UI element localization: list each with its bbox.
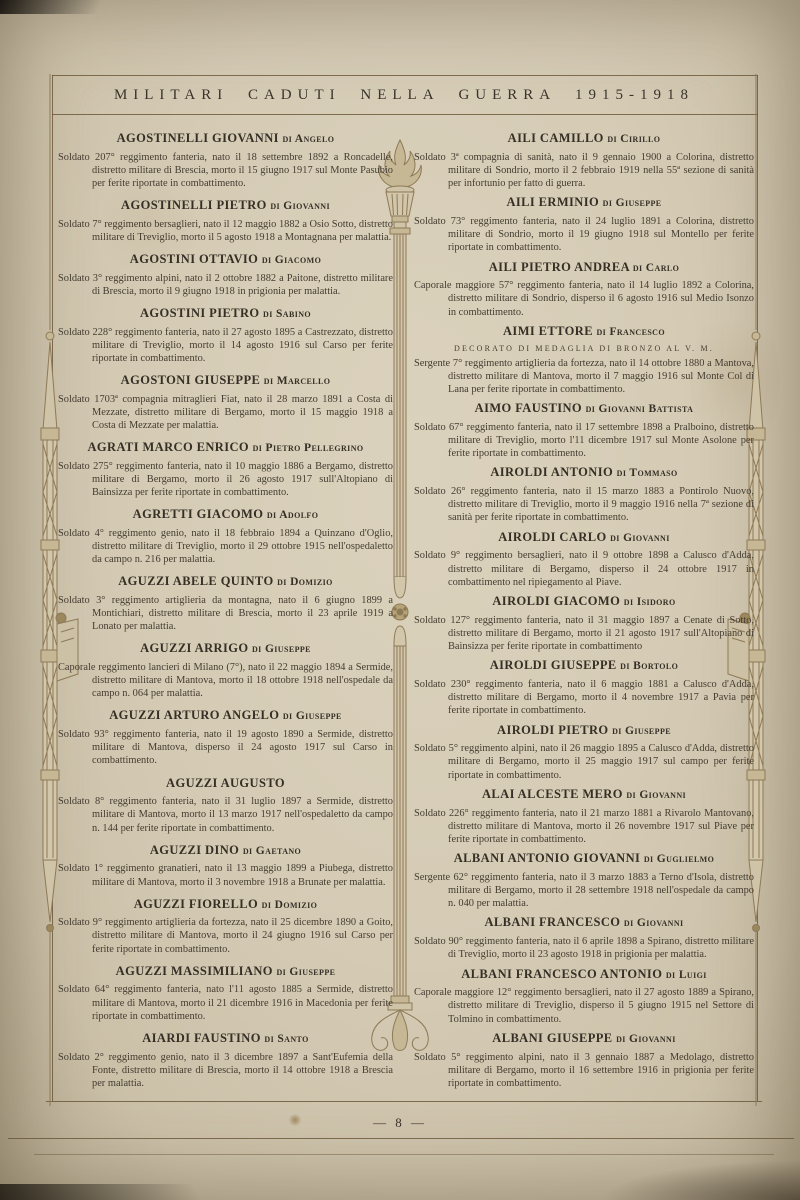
soldier-surname: ALBANI GIUSEPPE xyxy=(492,1031,612,1045)
soldier-record: Soldato 2° reggimento genio, nato il 3 d… xyxy=(58,1051,393,1090)
soldier-patronymic: di Giovanni xyxy=(610,532,670,544)
soldier-record: Soldato 90° reggimento fanteria, nato il… xyxy=(414,935,754,961)
soldier-name: AGOSTONI GIUSEPPE di Marcello xyxy=(58,374,393,388)
soldier-patronymic: di Cirillo xyxy=(607,133,660,145)
soldier-name: AIROLDI PIETRO di Giuseppe xyxy=(414,724,754,738)
soldier-entry: AGUZZI AUGUSTO Soldato 8° reggimento fan… xyxy=(58,777,393,835)
soldier-patronymic: di Luigi xyxy=(666,969,707,981)
soldier-patronymic: di Giovanni Battista xyxy=(586,403,694,415)
soldier-name: AGRATI MARCO ENRICO di Pietro Pellegrino xyxy=(58,441,393,455)
soldier-name: AGOSTINELLI GIOVANNI di Angelo xyxy=(58,132,393,146)
soldier-surname: AGRATI MARCO ENRICO xyxy=(87,440,249,454)
soldier-entry: AIROLDI CARLO di Giovanni Soldato 9° reg… xyxy=(414,531,754,589)
soldier-entry: AIMO FAUSTINO di Giovanni Battista Solda… xyxy=(414,402,754,460)
soldier-entry: AILI PIETRO ANDREA di Carlo Caporale mag… xyxy=(414,261,754,319)
soldier-record: Soldato 3° reggimento artiglieria da mon… xyxy=(58,594,393,633)
scanned-register-page: MILITARI CADUTI NELLA GUERRA 1915-1918 A… xyxy=(0,0,800,1200)
soldier-patronymic: di Sabino xyxy=(263,308,311,320)
soldier-patronymic: di Adolfo xyxy=(267,509,318,521)
soldier-surname: AGOSTINI PIETRO xyxy=(140,306,260,320)
soldier-entry: AGOSTINELLI GIOVANNI di Angelo Soldato 2… xyxy=(58,132,393,190)
frame-rule-bottom-extra xyxy=(34,1154,774,1155)
soldier-name: AGUZZI AUGUSTO xyxy=(58,777,393,791)
soldier-surname: AIMI ETTORE xyxy=(503,324,593,338)
soldier-surname: AGOSTINELLI PIETRO xyxy=(121,198,267,212)
soldier-patronymic: di Santo xyxy=(264,1033,308,1045)
soldier-record: Soldato 73° reggimento fanteria, nato il… xyxy=(414,215,754,254)
soldier-name: AGOSTINI PIETRO di Sabino xyxy=(58,307,393,321)
soldier-surname: AGUZZI AUGUSTO xyxy=(166,776,285,790)
soldier-patronymic: di Giuseppe xyxy=(283,710,342,722)
page-edge-shadow xyxy=(600,1160,800,1200)
soldier-patronymic: di Marcello xyxy=(264,375,331,387)
soldier-entry: ALAI ALCESTE MERO di Giovanni Soldato 22… xyxy=(414,788,754,846)
soldier-name: AIROLDI CARLO di Giovanni xyxy=(414,531,754,545)
page-edge-shadow xyxy=(0,1184,260,1200)
soldier-entry: AGOSTINI OTTAVIO di Giacomo Soldato 3° r… xyxy=(58,253,393,298)
soldier-name: AGUZZI MASSIMILIANO di Giuseppe xyxy=(58,965,393,979)
soldier-record: Soldato 26° reggimento fanteria, nato il… xyxy=(414,485,754,524)
frame-rule-bottom-inner xyxy=(46,1101,762,1102)
soldier-entry: AGOSTONI GIUSEPPE di Marcello Soldato 17… xyxy=(58,374,393,432)
soldier-record: Soldato 3ª compagnia di sanità, nato il … xyxy=(414,151,754,190)
soldier-surname: ALBANI FRANCESCO xyxy=(484,915,620,929)
soldier-entry: ALBANI FRANCESCO di Giovanni Soldato 90°… xyxy=(414,916,754,961)
soldier-surname: AGRETTI GIACOMO xyxy=(133,507,264,521)
soldier-record: Caporale maggiore 12° reggimento bersagl… xyxy=(414,986,754,1025)
soldier-record: Soldato 7° reggimento bersaglieri, nato … xyxy=(58,218,393,244)
soldier-name: ALBANI GIUSEPPE di Giovanni xyxy=(414,1032,754,1046)
soldier-entry: AILI ERMINIO di Giuseppe Soldato 73° reg… xyxy=(414,196,754,254)
soldier-surname: AGOSTONI GIUSEPPE xyxy=(121,373,261,387)
footer-band: — 8 — xyxy=(0,1106,800,1140)
soldier-patronymic: di Giovanni xyxy=(616,1033,676,1045)
soldier-surname: AGOSTINELLI GIOVANNI xyxy=(117,131,279,145)
soldier-record: Caporale reggimento lancieri di Milano (… xyxy=(58,661,393,700)
soldier-name: AIMI ETTORE di Francesco xyxy=(414,325,754,339)
soldier-patronymic: di Isidoro xyxy=(624,596,676,608)
soldier-entry: AIROLDI GIUSEPPE di Bortolo Soldato 230°… xyxy=(414,659,754,717)
soldier-surname: AIMO FAUSTINO xyxy=(475,401,582,415)
soldier-surname: ALBANI FRANCESCO ANTONIO xyxy=(461,967,662,981)
soldier-name: AIROLDI GIUSEPPE di Bortolo xyxy=(414,659,754,673)
soldier-patronymic: di Giovanni xyxy=(624,917,684,929)
page-edge-shadow xyxy=(0,0,140,14)
soldier-patronymic: di Domizio xyxy=(262,899,318,911)
frame-rule-right xyxy=(757,75,758,1101)
soldier-name: AILI PIETRO ANDREA di Carlo xyxy=(414,261,754,275)
soldier-record: Soldato 127° reggimento fanteria, nato i… xyxy=(414,614,754,653)
soldier-surname: AGUZZI ARRIGO xyxy=(140,641,248,655)
soldier-name: AIROLDI ANTONIO di Tommaso xyxy=(414,466,754,480)
page-title: MILITARI CADUTI NELLA GUERRA 1915-1918 xyxy=(114,87,694,104)
soldier-name: ALAI ALCESTE MERO di Giovanni xyxy=(414,788,754,802)
soldier-patronymic: di Angelo xyxy=(282,133,334,145)
soldier-record: Soldato 5° reggimento alpini, nato il 26… xyxy=(414,742,754,781)
soldier-name: ALBANI ANTONIO GIOVANNI di Guglielmo xyxy=(414,852,754,866)
soldier-patronymic: di Domizio xyxy=(277,576,333,588)
soldier-record: Soldato 230° reggimento fanteria, nato i… xyxy=(414,678,754,717)
soldier-record: Soldato 9° reggimento artiglieria da for… xyxy=(58,916,393,955)
soldier-entry: AIARDI FAUSTINO di Santo Soldato 2° regg… xyxy=(58,1032,393,1090)
soldier-surname: AIROLDI CARLO xyxy=(498,530,606,544)
soldier-patronymic: di Carlo xyxy=(633,262,679,274)
soldier-entry: ALBANI FRANCESCO ANTONIO di Luigi Capora… xyxy=(414,968,754,1026)
soldier-record: Soldato 4° reggimento genio, nato il 18 … xyxy=(58,527,393,566)
soldier-patronymic: di Giuseppe xyxy=(276,966,335,978)
soldier-surname: AIROLDI PIETRO xyxy=(497,723,609,737)
soldier-entry: ALBANI ANTONIO GIOVANNI di Guglielmo Ser… xyxy=(414,852,754,910)
soldier-name: AIROLDI GIACOMO di Isidoro xyxy=(414,595,754,609)
soldier-patronymic: di Giuseppe xyxy=(603,197,662,209)
soldier-surname: AGUZZI ARTURO ANGELO xyxy=(109,708,279,722)
soldier-record: Soldato 228° reggimento fanteria, nato i… xyxy=(58,326,393,365)
soldier-surname: AGUZZI FIORELLO xyxy=(134,897,258,911)
soldier-record: Soldato 3° reggimento alpini, nato il 2 … xyxy=(58,272,393,298)
soldier-patronymic: di Giuseppe xyxy=(612,725,671,737)
soldier-entry: AIROLDI ANTONIO di Tommaso Soldato 26° r… xyxy=(414,466,754,524)
soldier-record: Sergente 7° reggimento artiglieria da fo… xyxy=(414,357,754,396)
soldier-record: Caporale maggiore 57° reggimento fanteri… xyxy=(414,279,754,318)
soldier-surname: ALBANI ANTONIO GIOVANNI xyxy=(454,851,641,865)
left-column: AGOSTINELLI GIOVANNI di Angelo Soldato 2… xyxy=(58,116,393,1100)
soldier-entry: AGRATI MARCO ENRICO di Pietro Pellegrino… xyxy=(58,441,393,499)
soldier-entry: AGUZZI ARTURO ANGELO di Giuseppe Soldato… xyxy=(58,709,393,767)
soldier-name: ALBANI FRANCESCO di Giovanni xyxy=(414,916,754,930)
soldier-surname: AIROLDI GIUSEPPE xyxy=(490,658,617,672)
soldier-record: Soldato 64° reggimento fanteria, nato l'… xyxy=(58,983,393,1022)
soldier-record: Soldato 93° reggimento fanteria, nato il… xyxy=(58,728,393,767)
soldier-record: Soldato 8° reggimento fanteria, nato il … xyxy=(58,795,393,834)
soldier-record: Sergente 62° reggimento fanteria, nato i… xyxy=(414,871,754,910)
soldier-entry: AIROLDI GIACOMO di Isidoro Soldato 127° … xyxy=(414,595,754,653)
right-column: AILI CAMILLO di Cirillo Soldato 3ª compa… xyxy=(414,116,754,1100)
soldier-surname: AILI CAMILLO xyxy=(508,131,604,145)
entry-columns: AGOSTINELLI GIOVANNI di Angelo Soldato 2… xyxy=(58,116,754,1100)
soldier-patronymic: di Giovanni xyxy=(270,200,330,212)
soldier-record: Soldato 1° reggimento granatieri, nato i… xyxy=(58,862,393,888)
soldier-name: ALBANI FRANCESCO ANTONIO di Luigi xyxy=(414,968,754,982)
soldier-patronymic: di Tommaso xyxy=(617,467,678,479)
soldier-record: Soldato 226° reggimento fanteria, nato i… xyxy=(414,807,754,846)
soldier-surname: AILI PIETRO ANDREA xyxy=(489,260,630,274)
soldier-patronymic: di Giacomo xyxy=(262,254,321,266)
soldier-entry: AGOSTINELLI PIETRO di Giovanni Soldato 7… xyxy=(58,199,393,244)
soldier-entry: AIMI ETTORE di Francesco DECORATO DI MED… xyxy=(414,325,754,396)
soldier-patronymic: di Bortolo xyxy=(620,660,678,672)
soldier-surname: AGUZZI DINO xyxy=(150,843,239,857)
soldier-name: AIARDI FAUSTINO di Santo xyxy=(58,1032,393,1046)
page-number: — 8 — xyxy=(373,1115,427,1131)
soldier-entry: AGRETTI GIACOMO di Adolfo Soldato 4° reg… xyxy=(58,508,393,566)
soldier-record: Soldato 207° reggimento fanteria, nato i… xyxy=(58,151,393,190)
soldier-entry: AILI CAMILLO di Cirillo Soldato 3ª compa… xyxy=(414,132,754,190)
decoration-citation: DECORATO DI MEDAGLIA DI BRONZO AL V. M. xyxy=(414,344,754,353)
soldier-entry: AGUZZI MASSIMILIANO di Giuseppe Soldato … xyxy=(58,965,393,1023)
soldier-name: AILI CAMILLO di Cirillo xyxy=(414,132,754,146)
soldier-entry: AGUZZI ARRIGO di Giuseppe Caporale reggi… xyxy=(58,642,393,700)
soldier-surname: AIROLDI GIACOMO xyxy=(492,594,620,608)
soldier-patronymic: di Pietro Pellegrino xyxy=(253,442,364,454)
soldier-surname: ALAI ALCESTE MERO xyxy=(482,787,623,801)
soldier-entry: AIROLDI PIETRO di Giuseppe Soldato 5° re… xyxy=(414,724,754,782)
soldier-entry: AGOSTINI PIETRO di Sabino Soldato 228° r… xyxy=(58,307,393,365)
frame-rule-left xyxy=(52,75,53,1101)
soldier-surname: AILI ERMINIO xyxy=(506,195,599,209)
soldier-name: AGUZZI ABELE QUINTO di Domizio xyxy=(58,575,393,589)
soldier-record: Soldato 5° reggimento alpini, nato il 3 … xyxy=(414,1051,754,1090)
soldier-name: AGUZZI ARRIGO di Giuseppe xyxy=(58,642,393,656)
soldier-record: Soldato 9° reggimento bersaglieri, nato … xyxy=(414,549,754,588)
soldier-surname: AGUZZI ABELE QUINTO xyxy=(118,574,273,588)
soldier-surname: AGOSTINI OTTAVIO xyxy=(130,252,259,266)
soldier-name: AGUZZI FIORELLO di Domizio xyxy=(58,898,393,912)
soldier-record: Soldato 275° reggimento fanteria, nato i… xyxy=(58,460,393,499)
soldier-entry: ALBANI GIUSEPPE di Giovanni Soldato 5° r… xyxy=(414,1032,754,1090)
soldier-name: AILI ERMINIO di Giuseppe xyxy=(414,196,754,210)
soldier-name: AGUZZI DINO di Gaetano xyxy=(58,844,393,858)
soldier-surname: AIARDI FAUSTINO xyxy=(142,1031,261,1045)
soldier-entry: AGUZZI DINO di Gaetano Soldato 1° reggim… xyxy=(58,844,393,889)
soldier-name: AGRETTI GIACOMO di Adolfo xyxy=(58,508,393,522)
soldier-surname: AIROLDI ANTONIO xyxy=(490,465,613,479)
frame-rule-top-inner xyxy=(52,114,758,115)
soldier-patronymic: di Giuseppe xyxy=(252,643,311,655)
soldier-patronymic: di Francesco xyxy=(596,326,665,338)
soldier-record: Soldato 1703ª compagnia mitraglieri Fiat… xyxy=(58,393,393,432)
soldier-name: AGOSTINI OTTAVIO di Giacomo xyxy=(58,253,393,267)
soldier-name: AGUZZI ARTURO ANGELO di Giuseppe xyxy=(58,709,393,723)
soldier-entry: AGUZZI FIORELLO di Domizio Soldato 9° re… xyxy=(58,898,393,956)
soldier-record: Soldato 67° reggimento fanteria, nato il… xyxy=(414,421,754,460)
soldier-patronymic: di Guglielmo xyxy=(644,853,714,865)
soldier-patronymic: di Gaetano xyxy=(243,845,301,857)
soldier-surname: AGUZZI MASSIMILIANO xyxy=(116,964,273,978)
soldier-patronymic: di Giovanni xyxy=(626,789,686,801)
soldier-name: AGOSTINELLI PIETRO di Giovanni xyxy=(58,199,393,213)
title-band: MILITARI CADUTI NELLA GUERRA 1915-1918 xyxy=(52,76,756,114)
soldier-name: AIMO FAUSTINO di Giovanni Battista xyxy=(414,402,754,416)
soldier-entry: AGUZZI ABELE QUINTO di Domizio Soldato 3… xyxy=(58,575,393,633)
